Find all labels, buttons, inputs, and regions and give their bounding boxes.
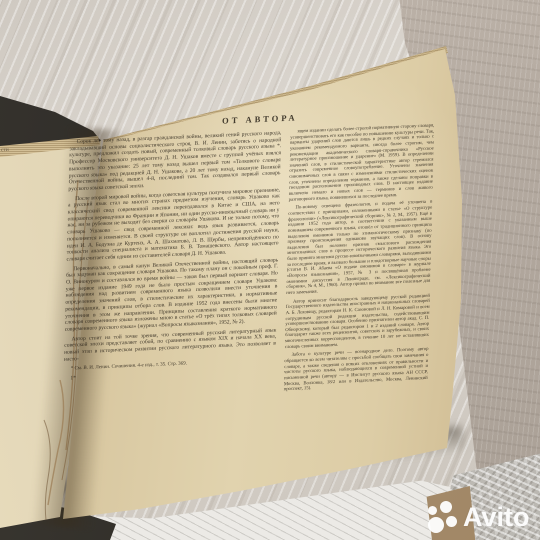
paragraph: Первоначально, в самый канун Великой Оте…: [65, 257, 279, 333]
preface-text-block: ОТ АВТОРА Сорок лет тому назад, в разгар…: [60, 106, 434, 493]
paragraph: После второй мировой войны, когда советс…: [66, 187, 280, 263]
paragraph: Забота о культуре речи — всенародное дел…: [284, 347, 429, 393]
avito-logo-icon: [427, 501, 460, 533]
book-photo: сти ОТ АВТОРА Сорок лет тому назад, в ра…: [0, 0, 540, 540]
paragraph: ящем издании сделать более строгой норма…: [289, 123, 435, 203]
paragraph: По-новому освещена фразеология, и подача…: [286, 200, 432, 297]
paragraph: Сорок лет тому назад, в разгар гражданск…: [68, 130, 281, 193]
watermark-text: Avito: [463, 504, 530, 531]
watermark: Avito: [427, 496, 539, 538]
left-page-text-fragment: сти: [1, 147, 9, 153]
text-columns: Сорок лет тому назад, в разгар гражданск…: [63, 123, 435, 405]
paragraph: Автор приносит благодарность заведующему…: [285, 293, 430, 350]
right-text-column: ящем издании сделать более строгой норма…: [284, 123, 435, 396]
left-text-column: Сорок лет тому назад, в разгар гражданск…: [63, 130, 282, 406]
